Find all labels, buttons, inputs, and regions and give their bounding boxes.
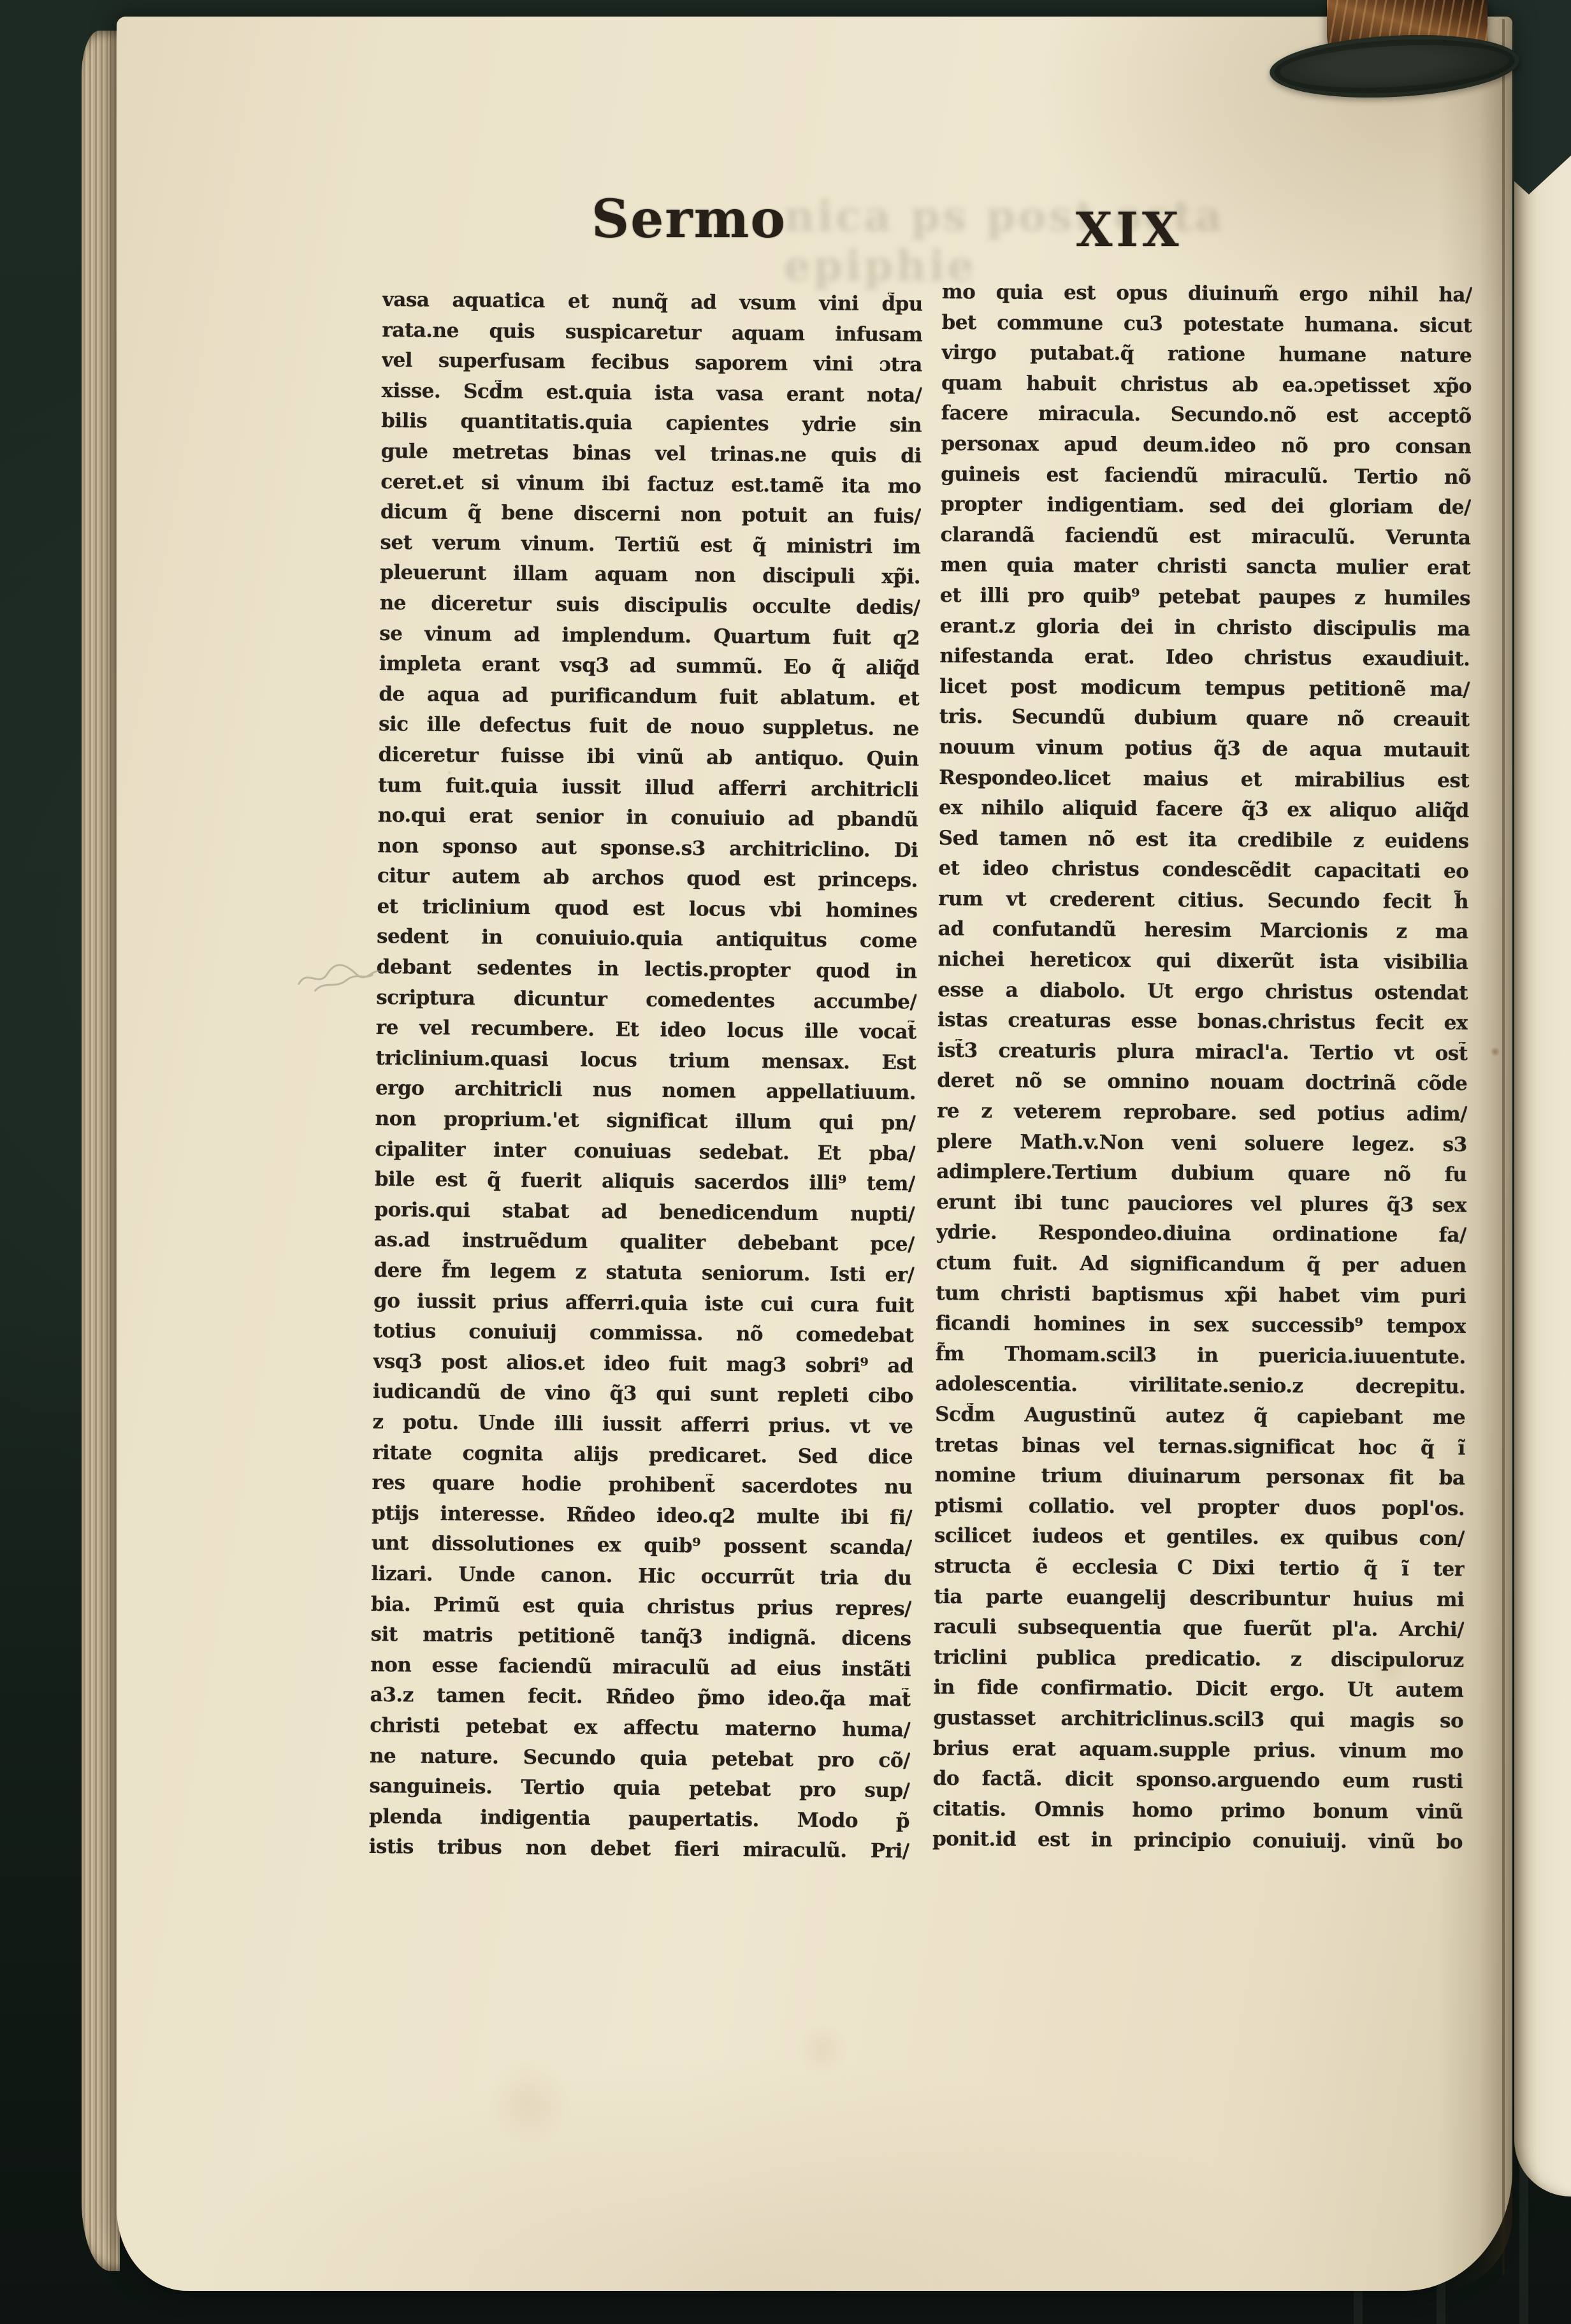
text-line: et ideo christus condescẽdit capacitati … bbox=[938, 857, 1468, 890]
text-line: sic ille defectus fuit de nouo suppletus… bbox=[379, 713, 919, 748]
text-line: ptijs interesse. Rñdeo ideo.q2 multe ibi… bbox=[372, 1502, 912, 1537]
text-line: ad confutandũ heresim Marcionis z ma bbox=[938, 917, 1468, 951]
text-line: et triclinium quod est locus vbi homines bbox=[377, 895, 917, 930]
text-line: clarandã faciendũ est miraculũ. Verunta bbox=[940, 523, 1470, 557]
text-line: se vinum ad implendum. Quartum fuit q2 bbox=[379, 622, 920, 657]
text-line: re z veterem reprobare. sed potius adim/ bbox=[937, 1100, 1467, 1133]
text-line: mo quia est opus diuinum̃ ergo nihil ha/ bbox=[942, 280, 1472, 314]
bleedthrough-text: nica ps post octa epiphie bbox=[784, 191, 1357, 291]
text-line: adimplere.Tertium dubium quare nõ fu bbox=[936, 1160, 1466, 1194]
text-line: Sed tamen nõ est ita credibile z euidens bbox=[938, 827, 1468, 861]
text-line: nifestanda erat. Ideo christus exaudiuit… bbox=[939, 644, 1470, 678]
text-line: vsq3 post alios.et ideo fuit mag3 sobri⁹… bbox=[373, 1350, 913, 1385]
text-line: nomine trium diuinarum personax fit ba bbox=[934, 1463, 1465, 1497]
text-line: in fide confirmatio. Dicit ergo. Ut aute… bbox=[933, 1676, 1463, 1710]
text-line: vel superfusam fecibus saporem vini ɔtra bbox=[382, 349, 922, 384]
text-line: facere miracula. Secundo.nõ est acceptõ bbox=[941, 402, 1472, 435]
text-line: plenda indigentia paupertatis. Modo p̃ bbox=[369, 1805, 909, 1840]
text-line: plere Math.v.Non veni soluere legez. s3 bbox=[937, 1130, 1467, 1164]
text-line: poris.qui stabat ad benedicendum nupti/ bbox=[374, 1198, 915, 1233]
text-line: ist̃3 creaturis plura miracl'a. Tertio v… bbox=[937, 1039, 1467, 1073]
text-line: nouum vinum potius q̃3 de aqua mutauit bbox=[939, 736, 1469, 769]
text-line: lizari. Unde canon. Hic occurrũt tria du bbox=[371, 1562, 911, 1597]
text-line: rata.ne quis suspicaretur aquam infusam bbox=[382, 319, 922, 354]
text-line: pleuerunt illam aquam non discipuli xp̃i… bbox=[380, 561, 920, 596]
text-line: as.ad instruẽdum qualiter debebant pce/ bbox=[374, 1228, 915, 1263]
text-line: non proprium.'et significat illum qui pn… bbox=[375, 1107, 915, 1142]
text-line: tretas binas vel ternas.significat hoc q… bbox=[935, 1434, 1465, 1467]
text-line: brius erat aquam.supple prius. vinum mo bbox=[933, 1736, 1463, 1770]
text-line: guineis est faciendũ miraculũ. Tertio nõ bbox=[941, 463, 1471, 497]
text-column-left: vasa aquatica et nunq̃ ad vsum vini d̃pu… bbox=[368, 288, 923, 1870]
text-line: tia parte euangelij describuntur huius m… bbox=[934, 1585, 1464, 1618]
text-line: citur autem ab archos quod est princeps. bbox=[377, 864, 918, 899]
text-line: istis tribus non debet fieri miraculũ. P… bbox=[368, 1835, 909, 1870]
text-line: tris. Secundũ dubium quare nõ creauit bbox=[939, 705, 1470, 739]
text-line: vasa aquatica et nunq̃ ad vsum vini d̃pu bbox=[382, 288, 923, 323]
text-line: do factã. dicit sponso.arguendo eum rust… bbox=[932, 1767, 1463, 1801]
text-line: diceretur fuisse ibi vinũ ab antiquo. Qu… bbox=[378, 743, 918, 778]
text-line: no.qui erat senior in conuiuio ad pbandũ bbox=[378, 804, 918, 839]
text-line: Scd̃m Augustinũ autez q̃ capiebant me bbox=[935, 1403, 1465, 1437]
text-line: erunt ibi tunc pauciores vel plures q̃3 … bbox=[936, 1191, 1466, 1224]
text-line: res quare hodie prohibent̃ sacerdotes nu bbox=[372, 1471, 912, 1506]
text-line: ficandi homines in sex successib⁹ tempox bbox=[936, 1312, 1466, 1346]
text-line: bet commune cu3 potestate humana. sicut bbox=[941, 311, 1472, 345]
text-line: non sponso aut sponse.s3 architriclino. … bbox=[377, 834, 918, 869]
text-line: re vel recumbere. Et ideo locus ille voc… bbox=[376, 1016, 916, 1051]
text-line: ydrie. Respondeo.diuina ordinatione fa/ bbox=[936, 1221, 1466, 1254]
text-line: et illi pro quib⁹ petebat paupes z humil… bbox=[940, 584, 1470, 618]
text-line: esse a diabolo. Ut ergo christus ostenda… bbox=[938, 978, 1468, 1012]
text-line: scriptura dicuntur comedentes accumbe/ bbox=[376, 986, 916, 1021]
text-line: ex nihilo aliquid facere q̃3 ex aliquo a… bbox=[939, 796, 1469, 830]
text-line: gustasset architriclinus.scil3 qui magis… bbox=[933, 1706, 1463, 1740]
text-line: ponit.id est in principio conuiuij. vinũ… bbox=[932, 1827, 1463, 1861]
text-line: ctum fuit. Ad significandum q̃ per aduen bbox=[936, 1251, 1466, 1285]
text-line: unt dissolutiones ex quib⁹ possent scand… bbox=[372, 1532, 912, 1567]
text-line: z potu. Unde illi iussit afferri prius. … bbox=[372, 1411, 913, 1446]
text-line: a3.z tamen fecit. Rñdeo p̃mo ideo.q̃a ma… bbox=[370, 1683, 910, 1718]
text-line: adolescentia. virilitate.senio.z decrepi… bbox=[935, 1372, 1465, 1406]
text-line: tum fuit.quia iussit illud afferri archi… bbox=[378, 773, 918, 808]
text-line: debant sedentes in lectis.propter quod i… bbox=[376, 955, 916, 991]
text-line: virgo putabat.q̃ ratione humane nature bbox=[941, 341, 1472, 375]
text-line: structa ẽ ecclesia C Dixi tertio q̃ ĩ te… bbox=[934, 1555, 1464, 1588]
text-line: ergo architricli nus nomen appellatiuum. bbox=[375, 1077, 916, 1112]
text-line: raculi subsequentia que fuerũt pl'a. Arc… bbox=[934, 1615, 1464, 1649]
text-line: citatis. Omnis homo primo bonum vinũ bbox=[932, 1797, 1463, 1831]
text-line: bia. Primũ est quia christus prius repre… bbox=[371, 1592, 911, 1627]
text-line: triclinium.quasi locus trium mensax. Est bbox=[375, 1047, 916, 1082]
text-line: nichei hereticox qui dixerũt ista visibi… bbox=[938, 948, 1468, 982]
text-line: men quia mater christi sancta mulier era… bbox=[940, 553, 1470, 587]
text-line: bile est q̃ fuerit aliquis sacerdos illi… bbox=[375, 1168, 915, 1203]
text-line: set verum vinum. Tertiũ est q̃ ministri … bbox=[380, 531, 920, 566]
text-line: bilis quantitatis.quia capientes ydrie s… bbox=[381, 409, 922, 444]
text-line: licet post modicum tempus petitionẽ ma/ bbox=[939, 675, 1470, 709]
text-line: ritate cognita alijs predicaret. Sed dic… bbox=[372, 1441, 913, 1476]
text-line: ne diceretur suis discipulis occulte ded… bbox=[379, 592, 920, 627]
text-line: xisse. Scd̃m est.quia ista vasa erant no… bbox=[381, 379, 922, 414]
text-line: sit matris petitionẽ tanq̃3 indignã. dic… bbox=[370, 1623, 911, 1658]
text-line: rum vt crederent citius. Secundo fecit h… bbox=[938, 887, 1468, 921]
text-line: dicum q̃ bene discerni non potuit an fui… bbox=[380, 500, 921, 535]
text-line: ne nature. Secundo quia petebat pro cõ/ bbox=[370, 1744, 910, 1779]
text-line: erant.z gloria dei in christo discipulis… bbox=[940, 614, 1470, 648]
folio-numeral: XIX bbox=[1076, 203, 1182, 258]
text-line: gule metretas binas vel trinas.ne quis d… bbox=[381, 440, 922, 475]
text-line: triclini publica predicatio. z discipulo… bbox=[934, 1646, 1464, 1680]
text-line: de aqua ad purificandum fuit ablatum. et bbox=[379, 683, 919, 718]
text-line: quam habuit christus ab ea.ɔpetisset xp̃… bbox=[941, 372, 1472, 405]
text-line: go iussit prius afferri.quia iste cui cu… bbox=[373, 1289, 914, 1325]
text-line: ceret.et si vinum ibi factuz est.tamẽ it… bbox=[380, 470, 921, 505]
text-line: scilicet iudeos et gentiles. ex quibus c… bbox=[934, 1524, 1465, 1558]
text-line: iudicandũ de vino q̃3 qui sunt repleti c… bbox=[373, 1380, 913, 1415]
text-column-right: mo quia est opus diuinum̃ ergo nihil ha/… bbox=[932, 280, 1472, 1861]
text-line: christi petebat ex affectu materno huma/ bbox=[370, 1714, 910, 1749]
text-line: sedent in conuiuio.quia antiquitus come bbox=[377, 925, 917, 960]
text-line: Respondeo.licet maius et mirabilius est bbox=[939, 766, 1469, 799]
text-line: impleta erant vsq3 ad summũ. Eo q̃ aliq̃… bbox=[379, 652, 920, 687]
text-line: deret nõ se omnino nouam doctrinã cõde bbox=[937, 1069, 1467, 1103]
text-line: cipaliter inter conuiuas sedebat. Et pba… bbox=[375, 1138, 915, 1173]
text-line: dere f̃m legem z statuta seniorum. Isti … bbox=[373, 1259, 914, 1294]
text-line: personax apud deum.ideo nõ pro consan bbox=[941, 432, 1471, 466]
text-line: sanguineis. Tertio quia petebat pro sup/ bbox=[369, 1775, 909, 1810]
text-line: ptismi collatio. vel propter duos popl'o… bbox=[934, 1494, 1465, 1528]
text-line: tum christi baptismus xp̃i habet vim pur… bbox=[936, 1282, 1466, 1316]
page-title: Sermo bbox=[591, 189, 786, 250]
text-line: istas creaturas esse bonas.christus feci… bbox=[938, 1008, 1468, 1042]
text-line: propter indigentiam. sed dei gloriam de/ bbox=[941, 493, 1471, 527]
text-line: non esse faciendũ miraculũ ad eius instã… bbox=[370, 1653, 911, 1689]
text-line: totius conuiuij commissa. nõ comedebat bbox=[373, 1319, 913, 1354]
text-line: f̃m Thomam.scil3 in puericia.iuuentute. bbox=[936, 1342, 1466, 1376]
